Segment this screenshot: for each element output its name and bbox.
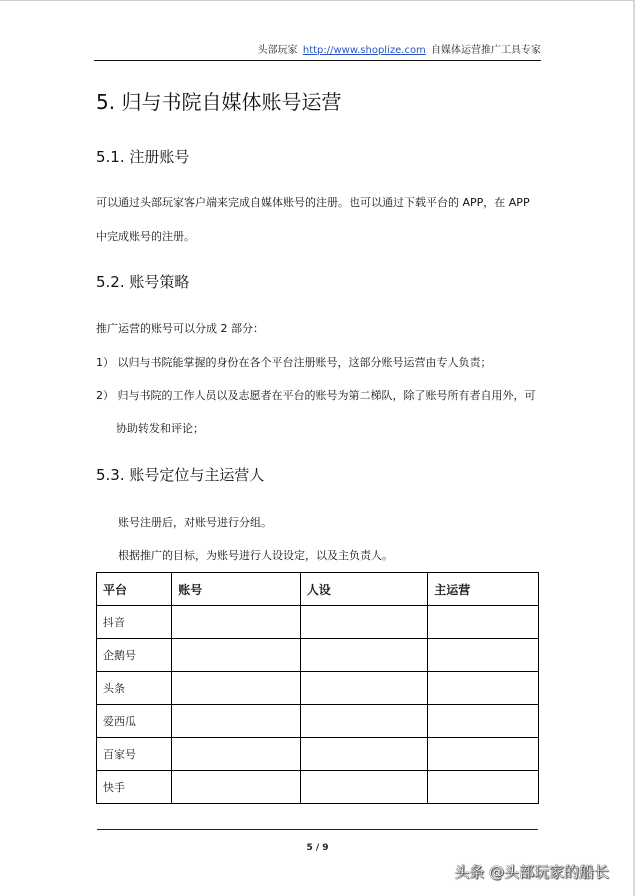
section-heading-5-2: 5.2. 账号策略 [96,271,189,292]
cell-operator [428,672,539,705]
header-tagline: 自媒体运营推广工具专家 [431,45,541,56]
cell-platform: 百家号 [97,738,172,771]
column-header-operator: 主运营 [428,573,539,606]
cell-account [172,738,300,771]
paragraph-intro: 推广运营的账号可以分成 2 部分： [96,320,264,336]
page-edge-top [0,0,635,1]
cell-persona [300,639,428,672]
cell-platform: 爱西瓜 [97,705,172,738]
header-divider [94,60,541,61]
table-row: 爱西瓜 [97,705,539,738]
section-heading-5-1: 5.1. 注册账号 [96,146,189,167]
cell-persona [300,738,428,771]
cell-operator [428,606,539,639]
table-row: 头条 [97,672,539,705]
header-brand: 头部玩家 [258,45,298,56]
list-item: 2） 归与书院的工作人员以及志愿者在平台的账号为第二梯队，除了账号所有者自用外，… [96,387,536,403]
paragraph: 根据推广的目标，为账号进行人设设定，以及主负责人。 [118,547,393,563]
paragraph: 账号注册后，对账号进行分组。 [118,514,272,530]
cell-persona [300,705,428,738]
section-heading-5-3: 5.3. 账号定位与主运营人 [96,464,264,485]
cell-operator [428,639,539,672]
cell-operator [428,738,539,771]
page-number: 5 / 9 [0,843,635,853]
cell-platform: 企鹅号 [97,639,172,672]
cell-account [172,705,300,738]
list-item: 1） 以归与书院能掌握的身份在各个平台注册账号，这部分账号运营由专人负责； [96,354,492,370]
cell-account [172,771,300,804]
table-header-row: 平台 账号 人设 主运营 [97,573,539,606]
account-table: 平台 账号 人设 主运营 抖音 企鹅号 头条 爱西瓜 [96,572,539,804]
footer-divider [97,829,538,830]
column-header-account: 账号 [172,573,300,606]
column-header-platform: 平台 [97,573,172,606]
cell-platform: 头条 [97,672,172,705]
paragraph: 可以通过头部玩家客户端来完成自媒体账号的注册。也可以通过下载平台的 APP，在 … [96,194,530,210]
cell-account [172,639,300,672]
table-row: 企鹅号 [97,639,539,672]
list-item-continuation: 协助转发和评论； [116,420,204,436]
column-header-persona: 人设 [300,573,428,606]
page-title: 5. 归与书院自媒体账号运营 [96,86,341,115]
cell-account [172,672,300,705]
cell-platform: 快手 [97,771,172,804]
header-link[interactable]: http://www.shoplize.com [303,45,426,56]
cell-operator [428,771,539,804]
cell-persona [300,672,428,705]
cell-persona [300,606,428,639]
cell-persona [300,771,428,804]
page-header: 头部玩家 http://www.shoplize.com 自媒体运营推广工具专家 [94,44,541,58]
table-row: 百家号 [97,738,539,771]
table-row: 抖音 [97,606,539,639]
cell-platform: 抖音 [97,606,172,639]
cell-account [172,606,300,639]
paragraph: 中完成账号的注册。 [96,228,195,244]
cell-operator [428,705,539,738]
watermark: 头条 @头部玩家的船长 [454,861,609,882]
table-row: 快手 [97,771,539,804]
